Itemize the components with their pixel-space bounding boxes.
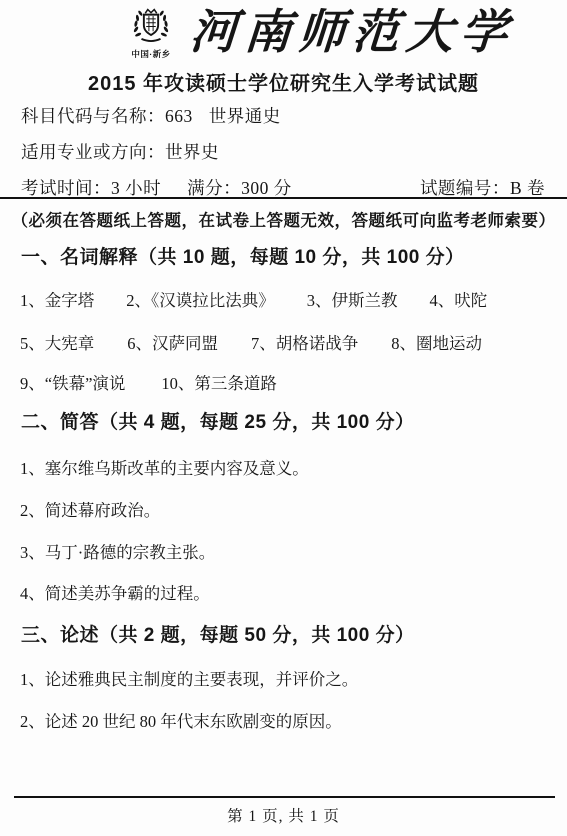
section-1-heading: 一、名词解释（共 10 题，每题 10 分，共 100 分） — [21, 242, 557, 269]
term-item: 2、《汉谟拉比法典》 — [126, 287, 275, 311]
time-label: 考试时间： — [21, 178, 111, 198]
term-item: 9、“铁幕”演说 — [20, 370, 125, 394]
question-item: 1、论述雅典民主制度的主要表现，并评价之。 — [20, 666, 561, 690]
paper-value: B 卷 — [510, 178, 545, 198]
question-item: 2、论述 20 世纪 80 年代末东欧剧变的原因。 — [20, 708, 561, 732]
term-item: 8、圈地运动 — [391, 330, 482, 354]
emblem-caption: 中国·新乡 — [118, 48, 184, 60]
subject-value: 世界通史 — [209, 106, 281, 126]
term-item: 5、大宪章 — [20, 330, 94, 354]
term-item: 7、胡格诺战争 — [251, 330, 358, 354]
question-item: 3、马丁·路德的宗教主张。 — [20, 539, 561, 563]
term-item: 3、伊斯兰教 — [307, 287, 398, 311]
section-3-heading: 三、论述（共 2 题，每题 50 分，共 100 分） — [21, 620, 557, 647]
university-emblem-icon — [118, 7, 184, 47]
term-item: 6、汉萨同盟 — [127, 330, 218, 354]
section-2-heading: 二、简答（共 4 题，每题 25 分，共 100 分） — [21, 407, 557, 434]
terms-row-3: 9、“铁幕”演说 10、第三条道路 — [20, 370, 561, 394]
term-item: 10、第三条道路 — [161, 370, 277, 394]
paper-label: 试题编号： — [420, 178, 510, 198]
answer-sheet-notice: （必须在答题纸上答题，在试卷上答题无效，答题纸可向监考老师索要） — [0, 207, 567, 231]
header-divider — [0, 197, 567, 199]
question-item: 2、简述幕府政治。 — [20, 497, 561, 521]
question-item: 4、简述美苏争霸的过程。 — [20, 580, 561, 604]
page-number: 第 1 页, 共 1 页 — [0, 804, 567, 826]
major-label: 适用专业或方向： — [21, 142, 165, 162]
terms-row-2: 5、大宪章 6、汉萨同盟 7、胡格诺战争 8、圈地运动 — [20, 330, 561, 354]
score-label: 满分： — [187, 178, 241, 198]
exam-title: 2015 年攻读硕士学位研究生入学考试试题 — [0, 67, 567, 96]
university-name: 河南师范大学 — [188, 4, 516, 62]
term-item: 4、吠陀 — [430, 287, 488, 311]
subject-line: 科目代码与名称：663世界通史 — [21, 103, 567, 128]
term-item: 1、金字塔 — [20, 287, 94, 311]
university-logo: 中国·新乡 — [118, 7, 184, 60]
subject-label: 科目代码与名称： — [21, 106, 165, 126]
major-line: 适用专业或方向：世界史 — [21, 139, 567, 164]
header: 中国·新乡 河南师范大学 — [118, 4, 514, 62]
footer-divider — [14, 796, 555, 798]
time-value: 3 小时 — [111, 178, 161, 198]
score-value: 300 分 — [241, 178, 292, 198]
subject-code: 663 — [165, 106, 193, 126]
terms-row-1: 1、金字塔 2、《汉谟拉比法典》 3、伊斯兰教 4、吠陀 — [20, 287, 561, 311]
question-item: 1、塞尔维乌斯改革的主要内容及意义。 — [20, 455, 561, 479]
exam-paper-page: 中国·新乡 河南师范大学 2015 年攻读硕士学位研究生入学考试试题 科目代码与… — [0, 0, 567, 836]
major-value: 世界史 — [165, 142, 219, 162]
